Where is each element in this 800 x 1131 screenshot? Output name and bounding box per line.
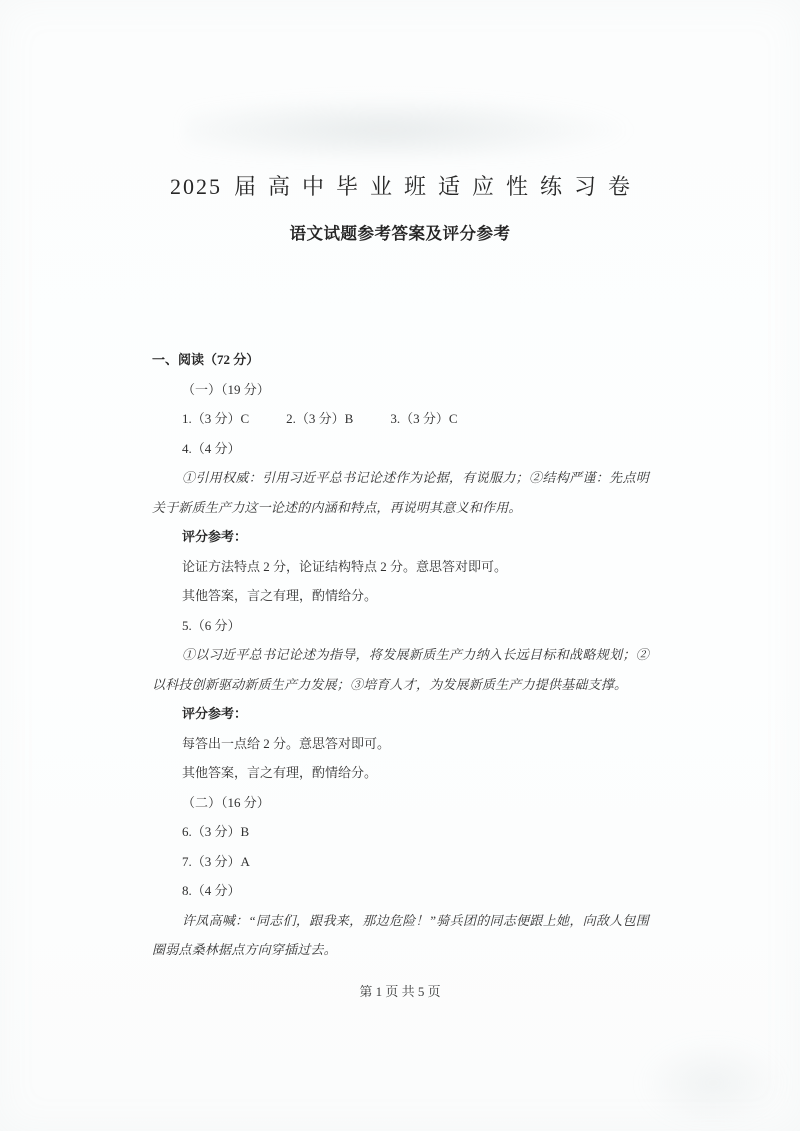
- scan-artifact-bottom: [638, 1038, 788, 1128]
- answer-item: 3.（3 分）C: [390, 411, 457, 426]
- scan-artifact-top: [185, 96, 630, 158]
- title-text: 届高中毕业班适应性练习卷: [234, 174, 642, 199]
- text-line: 4.（4 分）: [152, 434, 649, 464]
- text-line: 6.（3 分）B: [152, 817, 649, 847]
- text-line: ①以习近平总书记论述为指导，将发展新质生产力纳入长远目标和战略规划；②以科技创新…: [152, 640, 649, 699]
- document-title: 2025届高中毕业班适应性练习卷: [0, 170, 800, 201]
- text-line: 评分参考：: [152, 699, 649, 729]
- text-line: 评分参考：: [152, 522, 649, 552]
- page-number: 第 1 页 共 5 页: [0, 981, 800, 1000]
- text-line: 其他答案，言之有理，酌情给分。: [152, 758, 649, 788]
- scanned-document-page: 2025届高中毕业班适应性练习卷 语文试题参考答案及评分参考 一、阅读（72 分…: [0, 0, 800, 1131]
- text-line: （一）（19 分）: [152, 375, 649, 405]
- text-line: 7.（3 分）A: [152, 847, 649, 877]
- document-subtitle: 语文试题参考答案及评分参考: [0, 220, 800, 244]
- text-line: 每答出一点给 2 分。意思答对即可。: [152, 729, 649, 759]
- text-line: 其他答案，言之有理，酌情给分。: [152, 581, 649, 611]
- answer-row: 1.（3 分）C2.（3 分）B3.（3 分）C: [152, 404, 649, 434]
- answer-item: 1.（3 分）C: [182, 411, 249, 426]
- document-body: 一、阅读（72 分）（一）（19 分）1.（3 分）C2.（3 分）B3.（3 …: [152, 345, 649, 965]
- title-year: 2025: [170, 174, 222, 199]
- text-line: 一、阅读（72 分）: [152, 345, 649, 375]
- text-line: 5.（6 分）: [152, 611, 649, 641]
- text-line: （二）（16 分）: [152, 788, 649, 818]
- answer-item: 2.（3 分）B: [286, 411, 353, 426]
- text-line: 论证方法特点 2 分，论证结构特点 2 分。意思答对即可。: [152, 552, 649, 582]
- text-line: 8.（4 分）: [152, 876, 649, 906]
- text-line: 许凤高喊：“同志们，跟我来，那边危险！”骑兵团的同志便跟上她，向敌人包围圈弱点桑…: [152, 906, 649, 965]
- text-line: ①引用权威：引用习近平总书记论述作为论据，有说服力；②结构严谨：先点明关于新质生…: [152, 463, 649, 522]
